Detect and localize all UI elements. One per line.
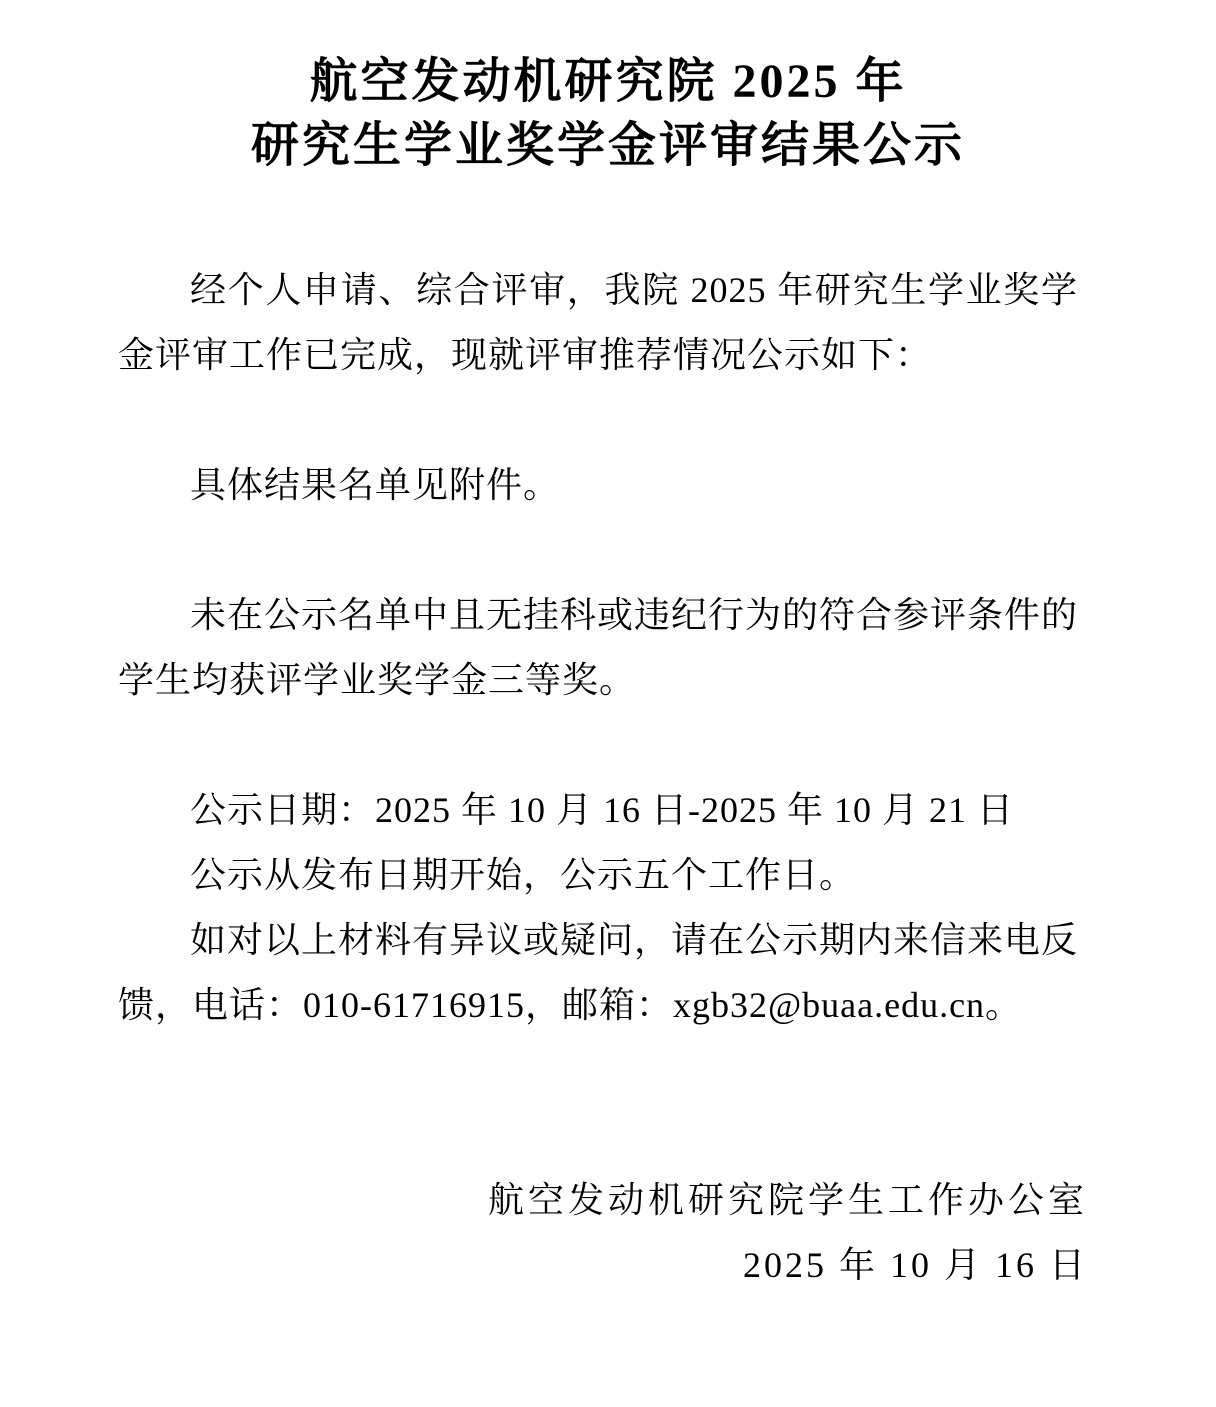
title-line-1: 航空发动机研究院 2025 年 bbox=[0, 50, 1216, 114]
paragraph-publicity-duration: 公示从发布日期开始，公示五个工作日。 bbox=[118, 843, 1078, 908]
signature-block: 航空发动机研究院学生工作办公室 2025 年 10 月 16 日 bbox=[118, 1168, 1088, 1298]
paragraph-review-summary: 经个人申请、综合评审，我院 2025 年研究生学业奖学金评审工作已完成，现就评审… bbox=[118, 258, 1078, 388]
paragraph-result-attachment: 具体结果名单见附件。 bbox=[118, 453, 1078, 518]
signature-office: 航空发动机研究院学生工作办公室 bbox=[118, 1168, 1088, 1233]
title-line-2: 研究生学业奖学金评审结果公示 bbox=[0, 114, 1216, 178]
paragraph-contact-info: 如对以上材料有异议或疑问，请在公示期内来信来电反馈，电话：010-6171691… bbox=[118, 908, 1078, 1038]
document-title: 航空发动机研究院 2025 年 研究生学业奖学金评审结果公示 bbox=[0, 0, 1216, 178]
signature-date: 2025 年 10 月 16 日 bbox=[118, 1233, 1088, 1298]
paragraph-publicity-period: 公示日期：2025 年 10 月 16 日-2025 年 10 月 21 日 bbox=[118, 778, 1078, 843]
announcement-page: 航空发动机研究院 2025 年 研究生学业奖学金评审结果公示 经个人申请、综合评… bbox=[0, 0, 1216, 1407]
paragraph-third-prize-rule: 未在公示名单中且无挂科或违纪行为的符合参评条件的学生均获评学业奖学金三等奖。 bbox=[118, 583, 1078, 713]
document-body: 经个人申请、综合评审，我院 2025 年研究生学业奖学金评审工作已完成，现就评审… bbox=[118, 258, 1078, 1038]
